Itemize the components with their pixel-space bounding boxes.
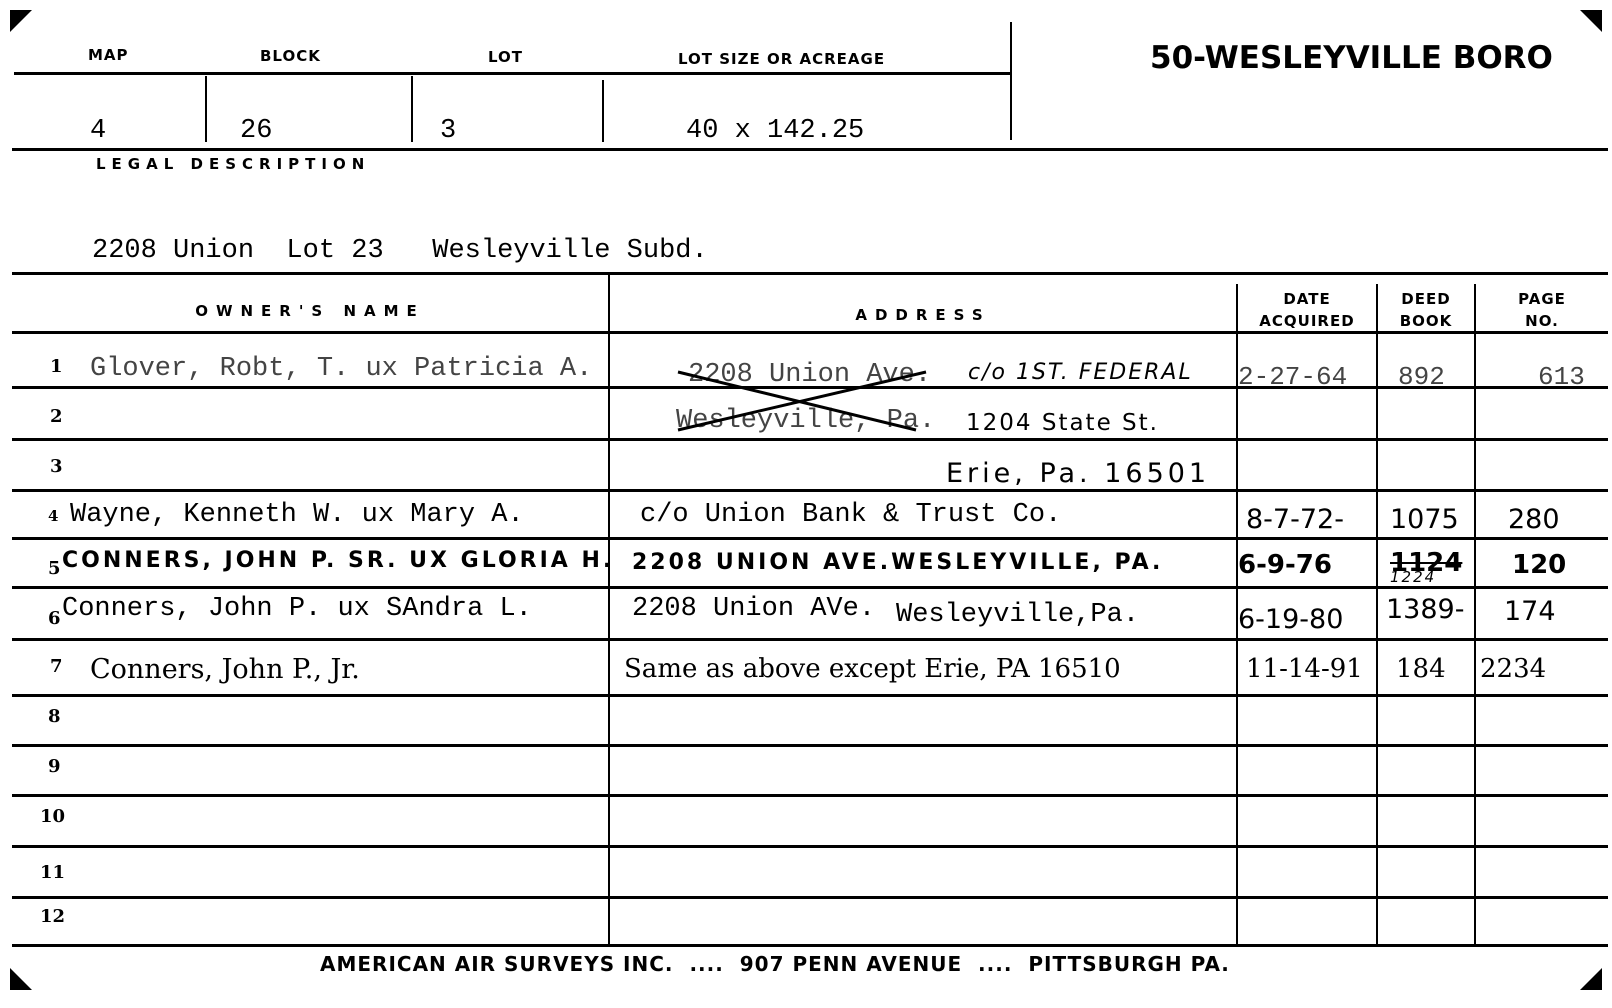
deed-book-header: DEED BOOK [1378, 288, 1474, 332]
page-no-header: PAGE NO. [1476, 288, 1608, 332]
address-note-row-6: Wesleyville,Pa. [896, 600, 1139, 630]
legal-description-label: LEGAL DESCRIPTION [96, 155, 370, 173]
owner-name-row-4: Wayne, Kenneth W. ux Mary A. [70, 500, 524, 530]
owner-name-row-5: CONNERS, JOHN P. SR. UX GLORIA H. [62, 548, 614, 573]
row-number-3: 3 [50, 456, 63, 477]
owner-name-row-1: Glover, Robt, T. ux Patricia A. [90, 354, 592, 384]
corner-mark-top-right [1580, 10, 1602, 32]
row-number-7: 7 [50, 656, 63, 677]
corner-mark-bottom-right [1580, 968, 1602, 990]
address-row-4: c/o Union Bank & Trust Co. [640, 500, 1061, 530]
address-row-7: Same as above except Erie, PA 16510 [624, 654, 1121, 684]
header-divider-4 [1010, 22, 1012, 140]
row-number-6: 6 [48, 608, 61, 629]
date-header-line1: DATE [1238, 288, 1376, 310]
date-row-5: 6-9-76 [1238, 550, 1332, 580]
row-rule-9 [12, 794, 1608, 797]
address-row-6: 2208 Union AVe. [632, 594, 875, 624]
strike-through-x-icon [670, 368, 940, 434]
corner-mark-bottom-left [10, 968, 32, 990]
row-rule-8 [12, 744, 1608, 747]
row-rule-11 [12, 896, 1608, 899]
lot-value: 3 [440, 116, 456, 146]
row-number-2: 2 [50, 406, 63, 427]
header-label-rule [14, 72, 1010, 75]
page-row-1: 613 [1538, 362, 1585, 392]
row-rule-10 [12, 845, 1608, 848]
row-rule-7 [12, 694, 1608, 697]
row-rule-2 [12, 438, 1608, 441]
deed-header-line1: DEED [1378, 288, 1474, 310]
address-header: ADDRESS [610, 304, 1236, 326]
lot-label: LOT [488, 48, 523, 66]
row-rule-4 [12, 537, 1608, 540]
header-divider-2 [411, 76, 413, 142]
date-row-7: 11-14-91 [1246, 654, 1363, 684]
page-row-5: 120 [1512, 550, 1566, 580]
deed-row-7: 184 [1396, 654, 1446, 684]
row-number-8: 8 [48, 706, 61, 727]
page-row-6: 174 [1504, 596, 1556, 627]
deed-header-line2: BOOK [1378, 310, 1474, 332]
map-value: 4 [90, 116, 106, 146]
owner-name-row-6: Conners, John P. ux SAndra L. [62, 594, 532, 624]
row-number-1: 1 [50, 356, 63, 377]
date-row-4: 8-7-72- [1246, 504, 1344, 535]
date-row-1: 2-27-64 [1238, 362, 1347, 392]
owner-name-header: OWNER'S NAME [12, 300, 608, 322]
address-note-row-2: 1204 State St. [966, 410, 1159, 436]
lot-size-value: 40 x 142.25 [686, 116, 864, 146]
deed-note-row-5: 1224 [1390, 568, 1436, 586]
date-header-line2: ACQUIRED [1238, 310, 1376, 332]
header-row-rule [12, 331, 1608, 334]
deed-row-4: 1075 [1390, 504, 1459, 535]
block-value: 26 [240, 116, 272, 146]
address-note-row-1: c/o 1ST. FEDERAL [968, 360, 1193, 385]
row-rule-5 [12, 586, 1608, 589]
block-label: BLOCK [260, 47, 321, 65]
page-header-line2: NO. [1476, 310, 1608, 332]
date-row-6: 6-19-80 [1238, 604, 1343, 635]
map-label: MAP [88, 46, 129, 64]
legal-description-text: 2208 Union Lot 23 Wesleyville Subd. [92, 236, 708, 266]
row-number-12: 12 [40, 906, 65, 927]
row-rule-6 [12, 638, 1608, 641]
address-row-5: 2208 UNION AVE.WESLEYVILLE, PA. [632, 550, 1163, 575]
row-number-4: 4 [48, 507, 58, 525]
lot-size-label: LOT SIZE OR ACREAGE [678, 50, 885, 68]
row-rule-12 [12, 944, 1608, 947]
header-divider-3 [602, 80, 604, 142]
row-number-5: 5 [48, 558, 61, 579]
row-number-9: 9 [48, 756, 61, 777]
corner-mark-top-left [10, 10, 32, 32]
header-bottom-rule [12, 148, 1608, 151]
address-note-row-3: Erie, Pa. 16501 [946, 458, 1210, 489]
page-row-7: 2234 [1480, 654, 1546, 684]
municipality-title: 50-WESLEYVILLE BORO [1150, 40, 1553, 76]
row-number-10: 10 [40, 806, 65, 827]
date-acquired-header: DATE ACQUIRED [1238, 288, 1376, 332]
legal-description-rule [12, 272, 1608, 275]
row-rule-3 [12, 489, 1608, 492]
header-divider-1 [205, 76, 207, 142]
owner-name-row-7: Conners, John P., Jr. [90, 654, 360, 685]
deed-row-6: 1389- [1386, 594, 1464, 625]
row-number-11: 11 [40, 862, 65, 883]
footer-imprint: AMERICAN AIR SURVEYS INC. .... 907 PENN … [320, 952, 1230, 976]
page-row-4: 280 [1508, 504, 1560, 535]
page-header-line1: PAGE [1476, 288, 1608, 310]
deed-row-1: 892 [1398, 362, 1445, 392]
